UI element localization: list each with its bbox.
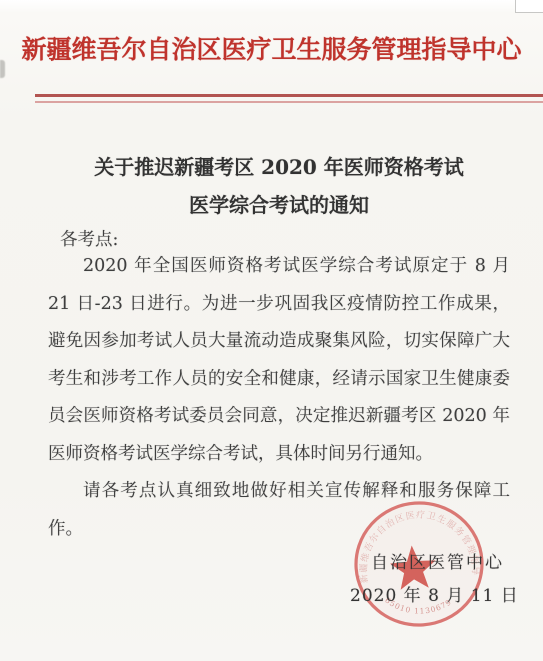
document-title-line2: 医学综合考试的通知 <box>48 186 510 224</box>
letterhead-rule <box>35 94 543 103</box>
scanned-notice-page: 新疆维吾尔自治区医疗卫生服务管理指导中心 关于推迟新疆考区 2020 年医师资格… <box>0 0 543 661</box>
scan-artifact-box <box>515 0 543 13</box>
notice-paragraph: 2020 年全国医师资格考试医学综合考试原定于 8 月 21 日-23 日进行。… <box>48 248 510 473</box>
signature-date: 2020 年 8 月 11 日 <box>350 581 519 606</box>
letterhead-org-name: 新疆维吾尔自治区医疗卫生服务管理指导中心 <box>10 30 533 66</box>
signer-name: 自治区医管中心 <box>371 548 504 573</box>
document-title: 关于推迟新疆考区 2020 年医师资格考试 医学综合考试的通知 <box>48 148 510 224</box>
scan-smudge <box>0 60 5 78</box>
document-title-line1: 关于推迟新疆考区 2020 年医师资格考试 <box>48 148 510 186</box>
